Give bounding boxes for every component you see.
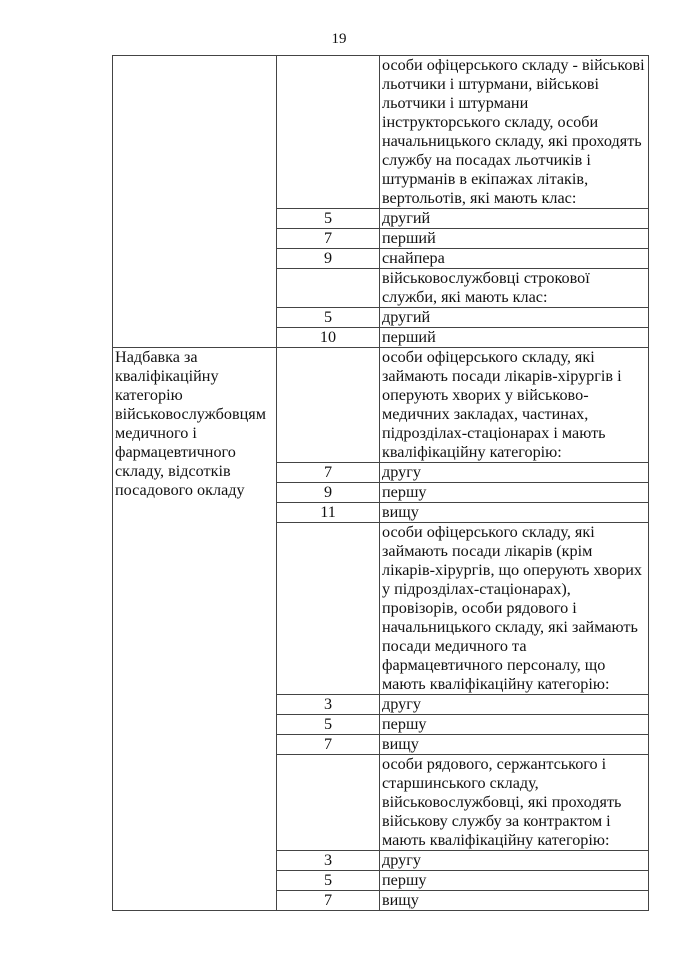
percent-value-cell: 10 — [277, 328, 380, 348]
description-text: першу — [382, 871, 646, 890]
description-text: льотчики і штурмани, військові — [382, 75, 646, 94]
description-cell: першу — [380, 715, 649, 735]
description-cell: перший — [380, 229, 649, 249]
description-text: посади медичного та — [382, 637, 646, 656]
description-text: вищу — [382, 891, 646, 910]
description-text: військовослужбовці, які проходять — [382, 793, 646, 812]
description-text: особи офіцерського складу, які — [382, 523, 646, 542]
description-cell: перший — [380, 328, 649, 348]
category-text: Надбавка за — [115, 348, 274, 367]
description-text: другу — [382, 695, 646, 714]
description-text: фармацевтичного персоналу, що — [382, 656, 646, 675]
description-text: служби, які мають клас: — [382, 288, 646, 307]
description-text: начальницького складу, які проходять — [382, 132, 646, 151]
description-cell: снайпера — [380, 249, 649, 269]
description-text: займають посади лікарів-хірургів і — [382, 367, 646, 386]
description-text: лікарів-хірургів, що оперують хворих — [382, 561, 646, 580]
percent-value-cell — [277, 348, 380, 463]
description-text: штурманів в екіпажах літаків, — [382, 170, 646, 189]
description-cell: особи рядового, сержантського істаршинсь… — [380, 755, 649, 851]
category-text: військовослужбовцям — [115, 405, 274, 424]
description-text: снайпера — [382, 249, 646, 268]
percent-value-cell — [277, 269, 380, 308]
table-row: Надбавка закваліфікаційнукатегоріювійськ… — [113, 348, 649, 463]
description-text: перший — [382, 328, 646, 347]
description-cell: першу — [380, 871, 649, 891]
percent-value-cell: 5 — [277, 209, 380, 229]
description-cell: другу — [380, 463, 649, 483]
description-cell: вищу — [380, 735, 649, 755]
category-text: посадового окладу — [115, 481, 274, 500]
description-text: військовослужбовці строкової — [382, 269, 646, 288]
description-cell: другий — [380, 209, 649, 229]
percent-value-cell — [277, 755, 380, 851]
percent-value-cell: 7 — [277, 891, 380, 911]
description-cell: другу — [380, 851, 649, 871]
page-number: 19 — [0, 30, 678, 48]
description-text: начальницького складу, які займають — [382, 618, 646, 637]
category-text: медичного і — [115, 424, 274, 443]
description-text: першу — [382, 715, 646, 734]
description-text: першу — [382, 483, 646, 502]
percent-value-cell: 9 — [277, 483, 380, 503]
description-text: у підрозділах-стаціонарах), — [382, 580, 646, 599]
description-cell: особи офіцерського складу, якізаймають п… — [380, 523, 649, 695]
description-text: інструкторського складу, особи — [382, 113, 646, 132]
percent-value-cell: 11 — [277, 503, 380, 523]
description-text: кваліфікаційну категорію: — [382, 443, 646, 462]
percent-value-cell: 9 — [277, 249, 380, 269]
percent-value-cell: 7 — [277, 463, 380, 483]
category-text: кваліфікаційну — [115, 367, 274, 386]
description-text: другий — [382, 209, 646, 228]
description-text: другий — [382, 308, 646, 327]
description-cell: вищу — [380, 891, 649, 911]
description-text: провізорів, особи рядового і — [382, 599, 646, 618]
table-row: особи офіцерського складу - військовільо… — [113, 56, 649, 209]
percent-value-cell: 5 — [277, 715, 380, 735]
description-text: вищу — [382, 735, 646, 754]
description-text: оперують хворих у військово- — [382, 386, 646, 405]
description-text: перший — [382, 229, 646, 248]
description-cell: другу — [380, 695, 649, 715]
description-text: вертольотів, які мають клас: — [382, 189, 646, 208]
percent-value-cell — [277, 523, 380, 695]
description-text: льотчики і штурмани — [382, 94, 646, 113]
percent-value-cell: 5 — [277, 308, 380, 328]
description-text: мають кваліфікаційну категорію: — [382, 831, 646, 850]
percent-value-cell: 7 — [277, 735, 380, 755]
description-text: медичних закладах, частинах, — [382, 405, 646, 424]
percent-value-cell: 5 — [277, 871, 380, 891]
description-cell: особи офіцерського складу, якізаймають п… — [380, 348, 649, 463]
description-text: другу — [382, 463, 646, 482]
description-cell: вищу — [380, 503, 649, 523]
description-text: підрозділах-стаціонарах і мають — [382, 424, 646, 443]
allowance-table-body: особи офіцерського складу - військовільо… — [113, 56, 649, 911]
description-cell: військовослужбовці строковоїслужби, які … — [380, 269, 649, 308]
description-cell: другий — [380, 308, 649, 328]
category-text: складу, відсотків — [115, 462, 274, 481]
category-text: категорію — [115, 386, 274, 405]
percent-value-cell: 3 — [277, 851, 380, 871]
percent-value-cell — [277, 56, 380, 209]
percent-value-cell: 3 — [277, 695, 380, 715]
description-cell: особи офіцерського складу - військовільо… — [380, 56, 649, 209]
category-text: фармацевтичного — [115, 443, 274, 462]
description-cell: першу — [380, 483, 649, 503]
description-text: службу на посадах льотчиків і — [382, 151, 646, 170]
description-text: другу — [382, 851, 646, 870]
description-text: особи офіцерського складу - військові — [382, 56, 646, 75]
description-text: вищу — [382, 503, 646, 522]
description-text: військову службу за контрактом і — [382, 812, 646, 831]
category-cell — [113, 56, 277, 348]
category-cell: Надбавка закваліфікаційнукатегоріювійськ… — [113, 348, 277, 911]
description-text: займають посади лікарів (крім — [382, 542, 646, 561]
percent-value-cell: 7 — [277, 229, 380, 249]
allowance-table: особи офіцерського складу - військовільо… — [112, 55, 649, 911]
description-text: мають кваліфікаційну категорію: — [382, 675, 646, 694]
description-text: особи рядового, сержантського і — [382, 755, 646, 774]
description-text: старшинського складу, — [382, 774, 646, 793]
description-text: особи офіцерського складу, які — [382, 348, 646, 367]
